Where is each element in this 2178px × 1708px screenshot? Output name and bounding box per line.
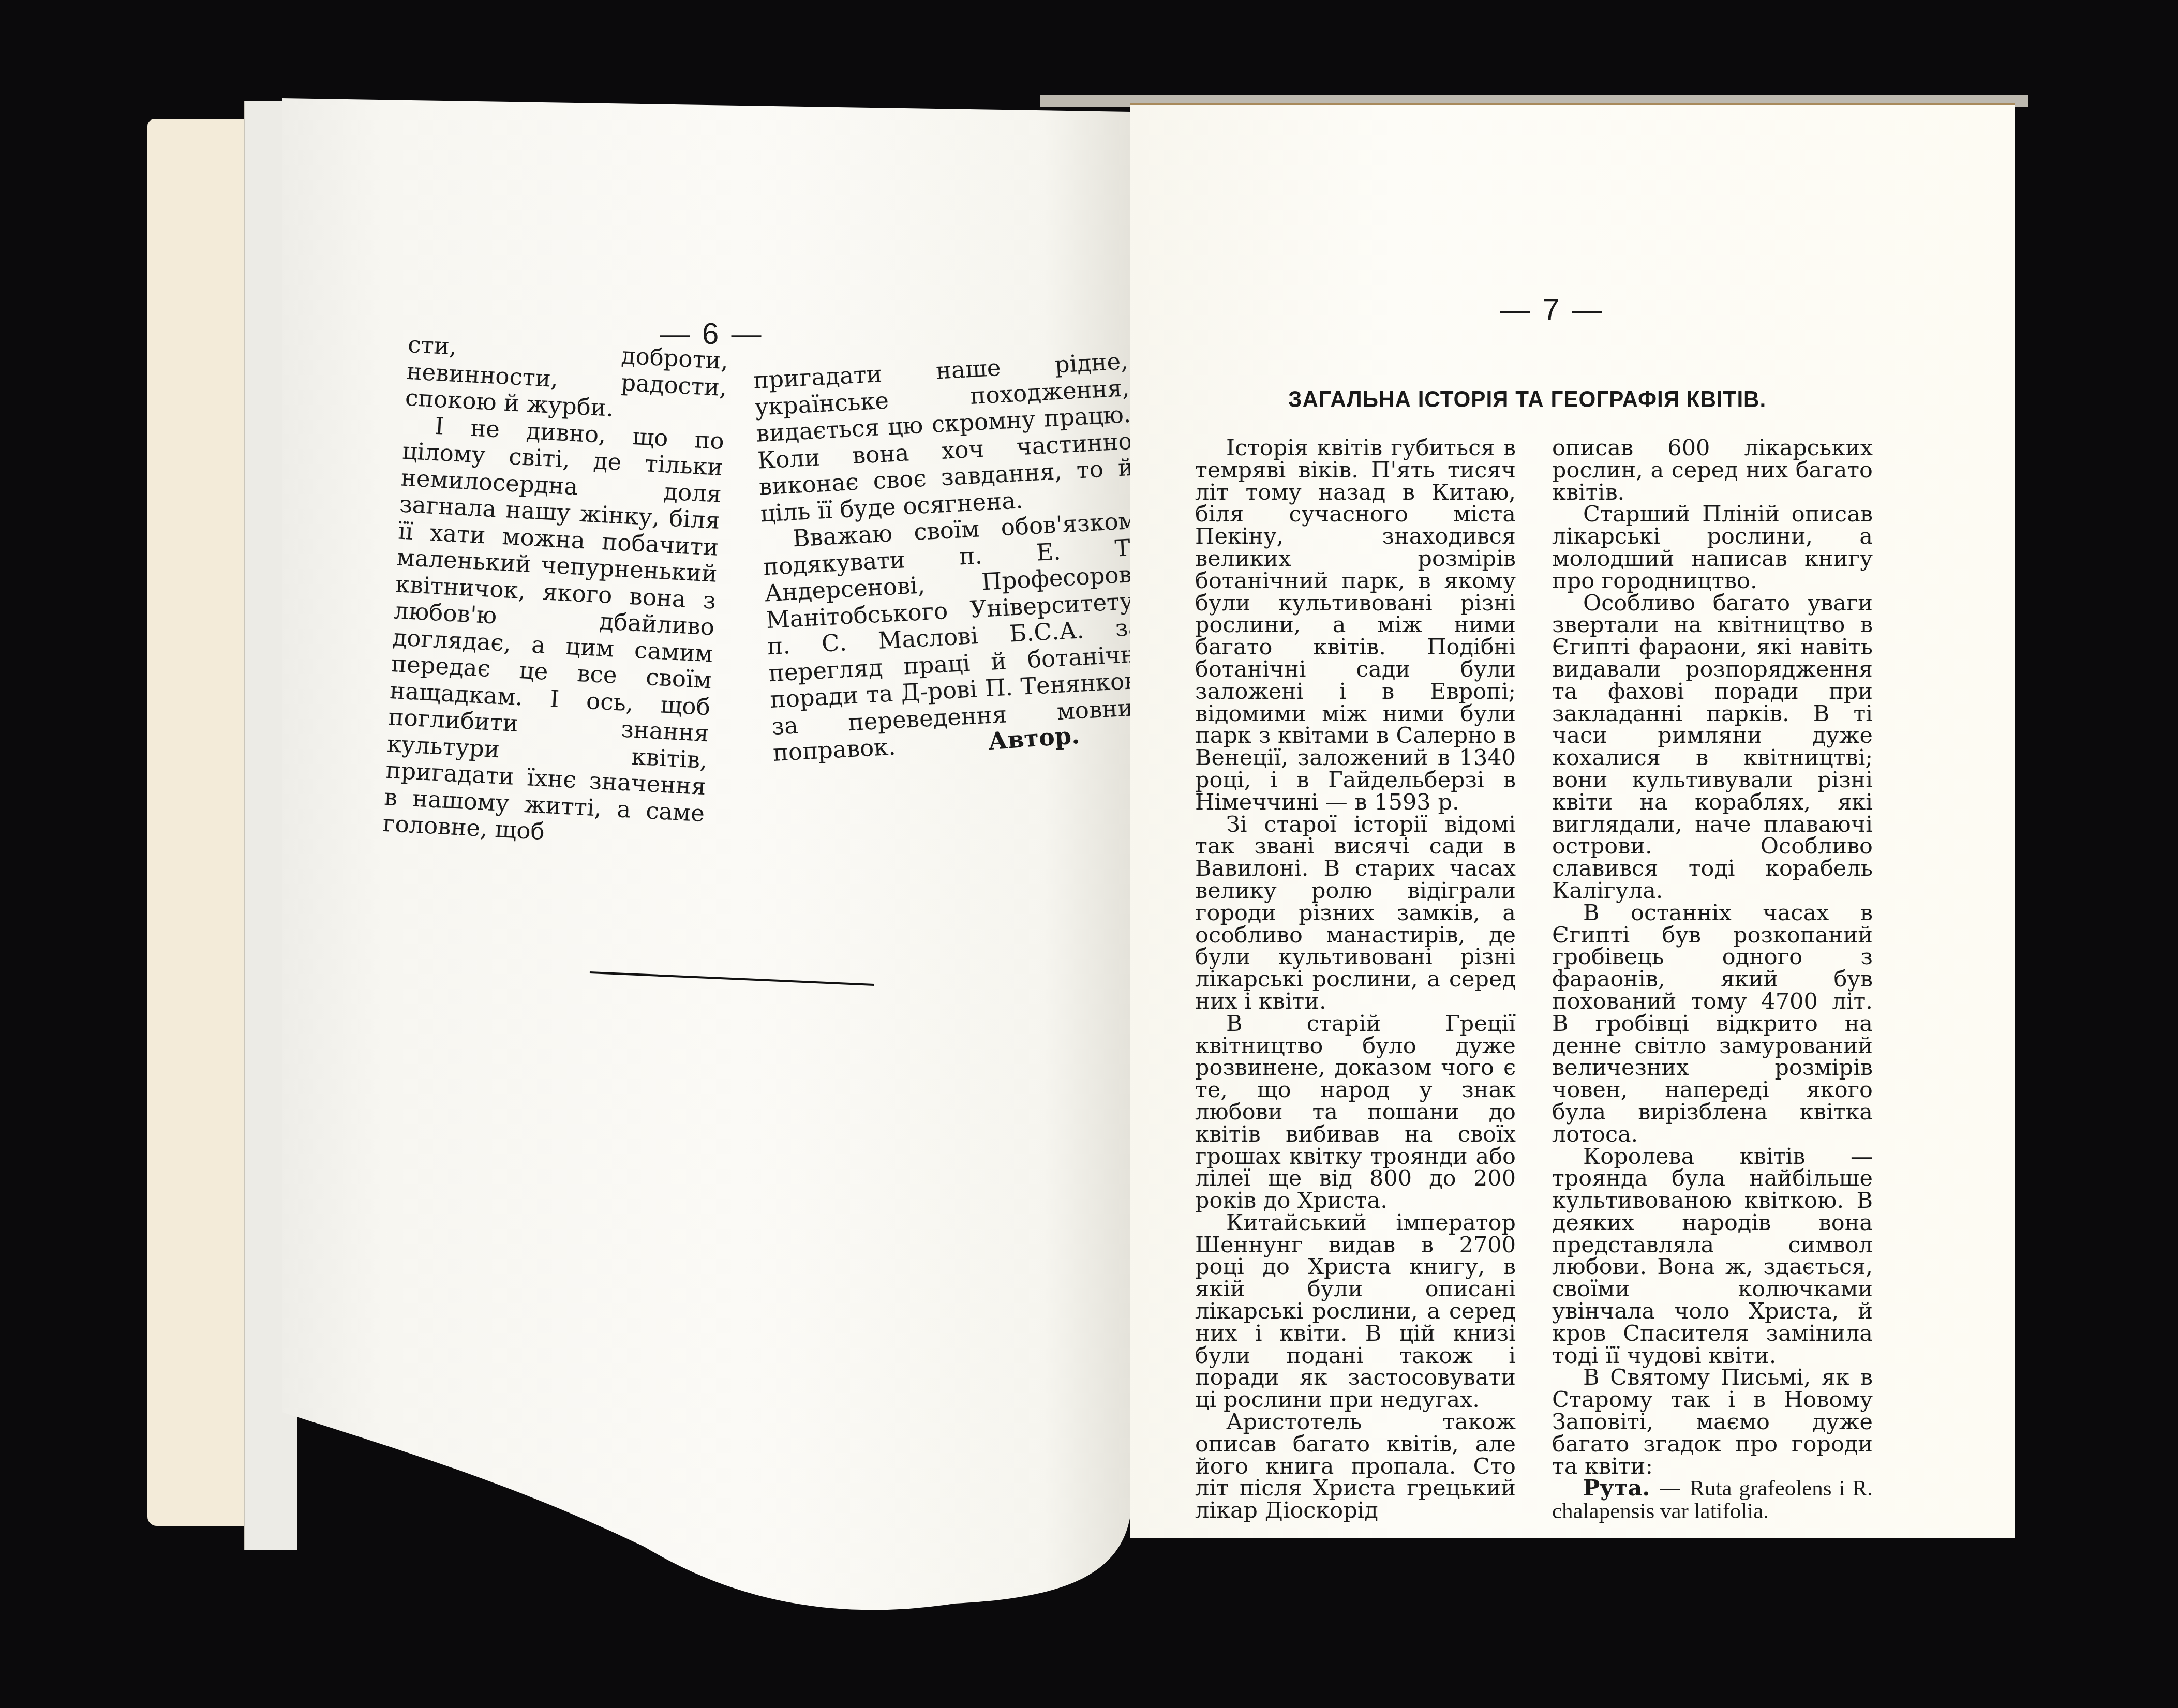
right-page-number: — 7 — (1500, 292, 1604, 327)
paragraph: В Святому Письмі, як в Старому так і в Н… (1552, 1367, 1873, 1477)
plant-name: Рута. (1583, 1475, 1650, 1501)
paragraph: В старій Греції квітництво було дуже роз… (1195, 1013, 1516, 1212)
paragraph: В останніх часах в Єгипті був розкопаний… (1552, 902, 1873, 1146)
entry-dash: — (1650, 1475, 1690, 1501)
plant-entry: Рута. — Ruta grafeolens і R. chalapensis… (1552, 1477, 1873, 1523)
paragraph: Китайський імператор Шеннунг видав в 270… (1195, 1212, 1516, 1411)
left-page-column-2: пригадати наше рідне, українське походже… (753, 348, 1148, 766)
left-page-column-1: сти, доброти, невинности, радости, споко… (382, 331, 729, 853)
chapter-heading: ЗАГАЛЬНА ІСТОРІЯ ТА ГЕОГРАФІЯ КВІТІВ. (1288, 387, 1785, 413)
right-page-column-2: описав 600 лікарських рослин, а серед ни… (1552, 437, 1873, 1523)
right-page-column-1: Історія квітів губиться в темряві віків.… (1195, 437, 1516, 1522)
paragraph: Старший Пліній описав лікарські рослини,… (1552, 503, 1873, 592)
paragraph: описав 600 лікарських рослин, а серед ни… (1552, 437, 1873, 503)
paragraph: Особливо багато уваги звертали на квітни… (1552, 592, 1873, 902)
paragraph: пригадати наше рідне, українське походже… (753, 348, 1136, 527)
paragraph: Історія квітів губиться в темряві віків.… (1195, 437, 1516, 814)
paragraph: Королева квітів — троянда була найбільше… (1552, 1146, 1873, 1367)
paragraph: Зі старої історії відомі так звані висяч… (1195, 814, 1516, 1013)
paragraph: Аристотель також описав багато квітів, а… (1195, 1411, 1516, 1522)
paragraph: Вважаю своїм обов'язком подякувати п. Е.… (761, 507, 1148, 767)
paragraph: І не дивно, що по цілому світі, де тільк… (382, 411, 725, 853)
